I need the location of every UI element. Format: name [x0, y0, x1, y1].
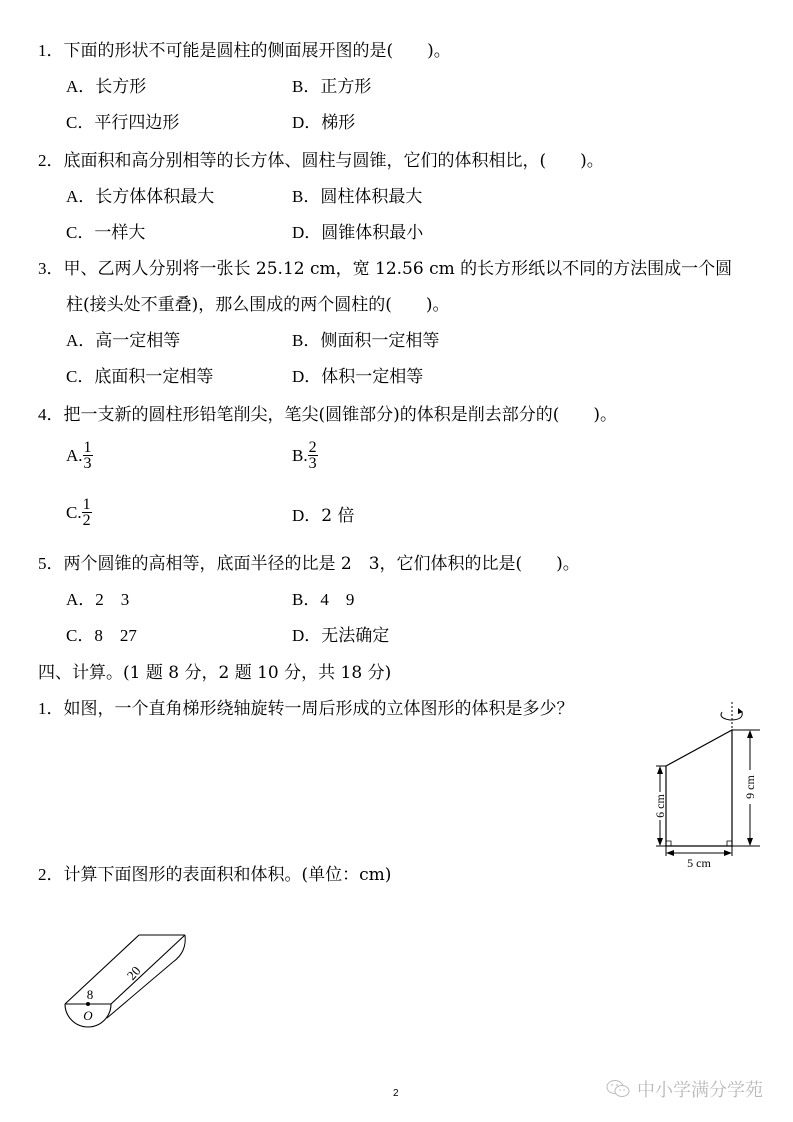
base-label: 5 cm — [687, 856, 711, 870]
q1-option-a[interactable]: A．长方形 — [66, 76, 146, 98]
fraction: 23 — [308, 440, 318, 471]
trapezoid-rotation-figure: 6 cm 9 cm 5 cm — [630, 700, 790, 870]
page-number: 2 — [393, 1088, 399, 1099]
q4-option-b[interactable]: B.23 — [292, 440, 318, 471]
q5-option-d[interactable]: D．无法确定 — [292, 625, 389, 647]
q1-option-d[interactable]: D．梯形 — [292, 112, 355, 134]
q2-option-a[interactable]: A．长方体体积最大 — [66, 186, 214, 208]
watermark-text: 中小学满分学苑 — [637, 1076, 763, 1102]
watermark: 中小学满分学苑 — [605, 1076, 763, 1102]
q4-option-d[interactable]: D．2 倍 — [292, 505, 355, 527]
q3-option-b[interactable]: B．侧面积一定相等 — [292, 330, 439, 352]
q4-option-c[interactable]: C.12 — [66, 497, 92, 528]
question-2-stem: 2．底面积和高分别相等的长方体、圆柱与圆锥，它们的体积相比，( )。 — [38, 150, 604, 172]
center-label: O — [83, 1008, 93, 1023]
length-label: 20 — [124, 963, 144, 983]
question-3-stem-line2: 柱(接头处不重叠)，那么围成的两个圆柱的( )。 — [66, 294, 450, 316]
q1-option-b[interactable]: B．正方形 — [292, 76, 371, 98]
question-4-stem: 4．把一支新的圆柱形铅笔削尖，笔尖(圆锥部分)的体积是削去部分的( )。 — [38, 404, 617, 426]
wechat-icon — [605, 1079, 631, 1099]
q1-option-c[interactable]: C．平行四边形 — [66, 112, 179, 134]
calc-question-2: 2．计算下面图形的表面积和体积。(单位：cm) — [38, 864, 391, 886]
question-3-stem-line1: 3．甲、乙两人分别将一张长 25.12 cm，宽 12.56 cm 的长方形纸以… — [38, 258, 732, 280]
q5-option-c[interactable]: C．8 27 — [66, 625, 137, 647]
half-cylinder-figure: 8 O 20 — [55, 930, 195, 1030]
right-height-label: 9 cm — [743, 775, 757, 799]
fraction: 12 — [82, 497, 92, 528]
q3-option-a[interactable]: A．高一定相等 — [66, 330, 180, 352]
left-height-label: 6 cm — [653, 794, 667, 818]
q3-option-c[interactable]: C．底面积一定相等 — [66, 366, 213, 388]
q2-option-d[interactable]: D．圆锥体积最小 — [292, 222, 423, 244]
section-4-heading: 四、计算。(1 题 8 分，2 题 10 分，共 18 分) — [38, 662, 391, 684]
diameter-label: 8 — [87, 987, 94, 1002]
q4-option-a[interactable]: A.13 — [66, 440, 93, 471]
q2-option-b[interactable]: B．圆柱体积最大 — [292, 186, 422, 208]
q3-option-d[interactable]: D．体积一定相等 — [292, 366, 423, 388]
q5-option-a[interactable]: A．2 3 — [66, 589, 129, 611]
calc-question-1: 1．如图，一个直角梯形绕轴旋转一周后形成的立体图形的体积是多少？ — [38, 698, 574, 720]
question-5-stem: 5．两个圆锥的高相等，底面半径的比是 2 3，它们体积的比是( )。 — [38, 553, 580, 575]
fraction: 13 — [83, 440, 93, 471]
q2-option-c[interactable]: C．一样大 — [66, 222, 145, 244]
q5-option-b[interactable]: B．4 9 — [292, 589, 354, 611]
question-1-stem: 1．下面的形状不可能是圆柱的侧面展开图的是( )。 — [38, 40, 451, 62]
